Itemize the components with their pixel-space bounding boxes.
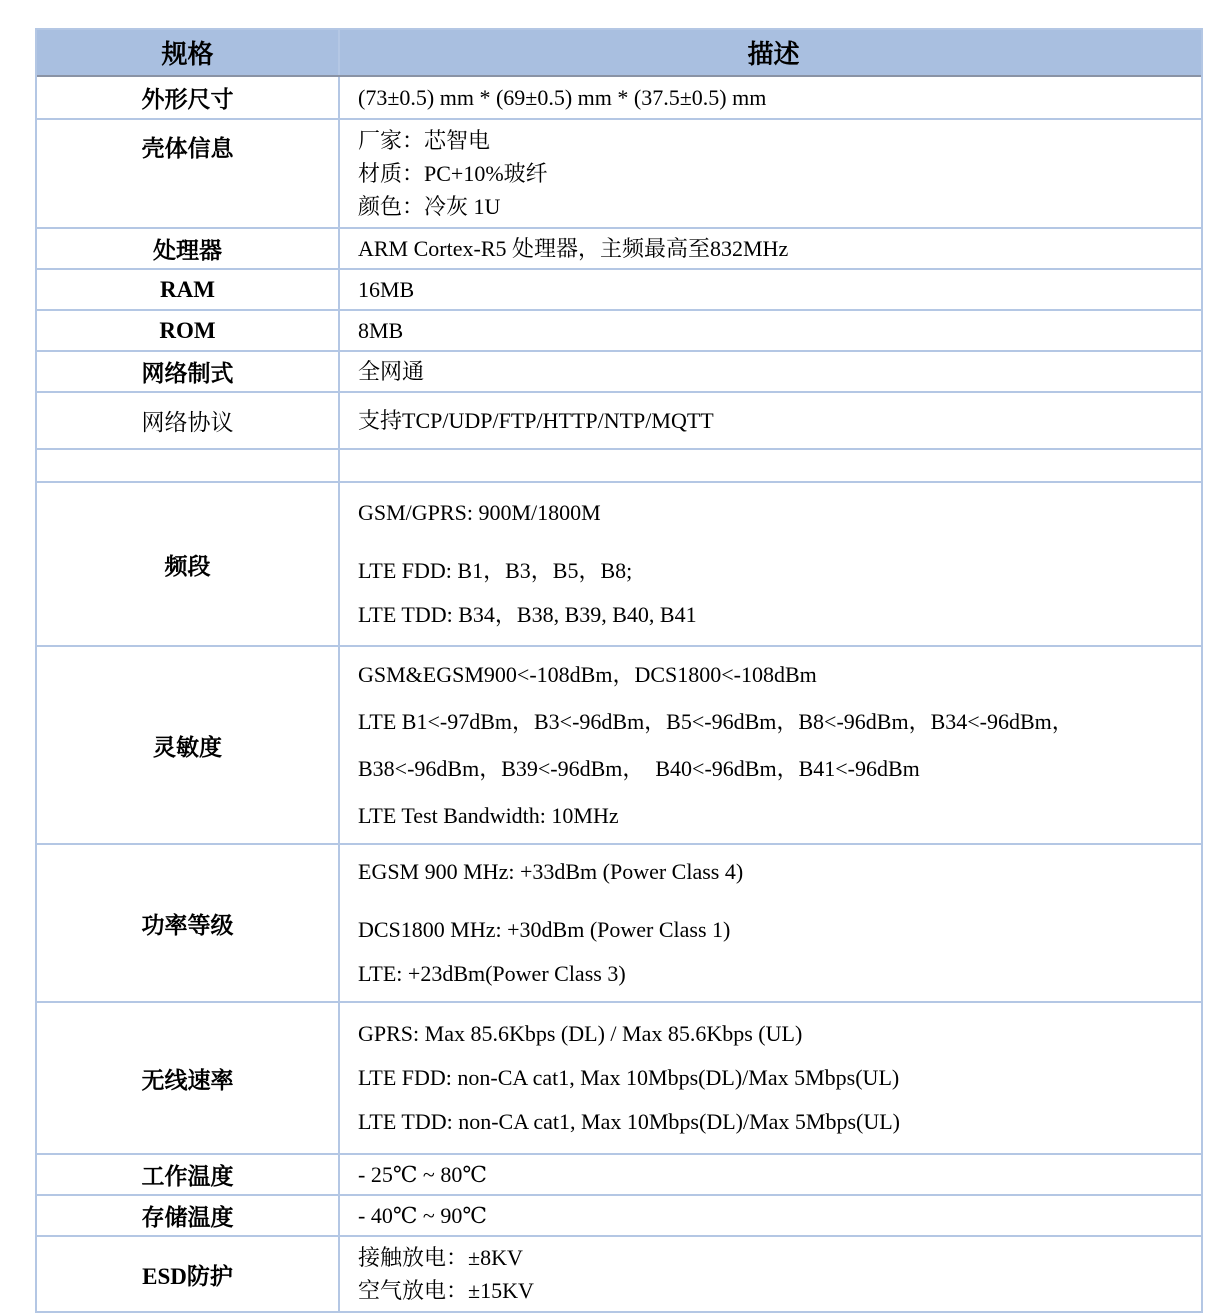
desc-line: - 40℃ ~ 90℃ bbox=[358, 1200, 1189, 1231]
spec-table: 规格 描述 外形尺寸 (73±0.5) mm * (69±0.5) mm * (… bbox=[35, 28, 1203, 1313]
desc-line: LTE TDD: B34，B38, B39, B40, B41 bbox=[358, 593, 1189, 637]
desc-line bbox=[358, 535, 1189, 549]
spec-cell: ROM bbox=[37, 311, 340, 350]
spec-cell: 灵敏度 bbox=[37, 647, 340, 843]
desc-cell: - 25℃ ~ 80℃ bbox=[340, 1155, 1201, 1194]
spec-cell: ESD防护 bbox=[37, 1237, 340, 1311]
spec-cell: 工作温度 bbox=[37, 1155, 340, 1194]
spec-cell: 壳体信息 bbox=[37, 120, 340, 227]
desc-cell: 支持TCP/UDP/FTP/HTTP/NTP/MQTT bbox=[340, 393, 1201, 448]
desc-line: (73±0.5) mm * (69±0.5) mm * (37.5±0.5) m… bbox=[358, 82, 1189, 113]
spec-cell: 无线速率 bbox=[37, 1003, 340, 1153]
desc-line: DCS1800 MHz: +30dBm (Power Class 1) bbox=[358, 908, 1189, 952]
desc-cell: 8MB bbox=[340, 311, 1201, 350]
spec-cell: RAM bbox=[37, 270, 340, 309]
desc-cell: EGSM 900 MHz: +33dBm (Power Class 4)DCS1… bbox=[340, 845, 1201, 1001]
header-desc: 描述 bbox=[340, 30, 1201, 75]
desc-line: 16MB bbox=[358, 274, 1189, 305]
desc-cell: GPRS: Max 85.6Kbps (DL) / Max 85.6Kbps (… bbox=[340, 1003, 1201, 1153]
desc-line: 8MB bbox=[358, 315, 1189, 346]
desc-line: LTE FDD: non-CA cat1, Max 10Mbps(DL)/Max… bbox=[358, 1056, 1189, 1100]
desc-cell: ARM Cortex-R5 处理器，主频最高至832MHz bbox=[340, 229, 1201, 268]
desc-line: EGSM 900 MHz: +33dBm (Power Class 4) bbox=[358, 850, 1189, 894]
table-row: 工作温度 - 25℃ ~ 80℃ bbox=[37, 1155, 1201, 1196]
table-row: 频段 GSM/GPRS: 900M/1800MLTE FDD: B1，B3，B5… bbox=[37, 483, 1201, 647]
table-row: 无线速率 GPRS: Max 85.6Kbps (DL) / Max 85.6K… bbox=[37, 1003, 1201, 1155]
table-row: 功率等级 EGSM 900 MHz: +33dBm (Power Class 4… bbox=[37, 845, 1201, 1003]
desc-line: LTE TDD: non-CA cat1, Max 10Mbps(DL)/Max… bbox=[358, 1100, 1189, 1144]
desc-line: LTE B1<-97dBm，B3<-96dBm，B5<-96dBm，B8<-96… bbox=[358, 698, 1189, 745]
desc-line: 材质：PC+10%玻纤 bbox=[358, 157, 1189, 190]
desc-line: B38<-96dBm，B39<-96dBm， B40<-96dBm，B41<-9… bbox=[358, 745, 1189, 792]
table-row: RAM 16MB bbox=[37, 270, 1201, 311]
spec-cell: 功率等级 bbox=[37, 845, 340, 1001]
desc-line: LTE Test Bandwidth: 10MHz bbox=[358, 792, 1189, 839]
desc-line: 厂家：芯智电 bbox=[358, 124, 1189, 157]
spec-cell bbox=[37, 450, 340, 481]
table-row: ESD防护 接触放电：±8KV空气放电：±15KV bbox=[37, 1237, 1201, 1311]
desc-line: 空气放电：±15KV bbox=[358, 1274, 1189, 1307]
desc-cell: 厂家：芯智电材质：PC+10%玻纤颜色：冷灰 1U bbox=[340, 120, 1201, 227]
desc-cell: (73±0.5) mm * (69±0.5) mm * (37.5±0.5) m… bbox=[340, 77, 1201, 118]
desc-line: ARM Cortex-R5 处理器，主频最高至832MHz bbox=[358, 233, 1189, 264]
table-row bbox=[37, 450, 1201, 483]
spec-cell: 网络制式 bbox=[37, 352, 340, 391]
desc-line: - 25℃ ~ 80℃ bbox=[358, 1159, 1189, 1190]
desc-line bbox=[358, 894, 1189, 908]
table-row: 网络协议 支持TCP/UDP/FTP/HTTP/NTP/MQTT bbox=[37, 393, 1201, 450]
desc-cell: 16MB bbox=[340, 270, 1201, 309]
table-row: 处理器 ARM Cortex-R5 处理器，主频最高至832MHz bbox=[37, 229, 1201, 270]
desc-line: LTE: +23dBm(Power Class 3) bbox=[358, 952, 1189, 996]
table-row: ROM 8MB bbox=[37, 311, 1201, 352]
header-spec: 规格 bbox=[37, 30, 340, 75]
desc-cell bbox=[340, 450, 1201, 481]
table-header-row: 规格 描述 bbox=[37, 30, 1201, 77]
desc-line: LTE FDD: B1，B3，B5，B8; bbox=[358, 549, 1189, 593]
table-row: 存储温度 - 40℃ ~ 90℃ bbox=[37, 1196, 1201, 1237]
table-row: 网络制式 全网通 bbox=[37, 352, 1201, 393]
desc-line: 支持TCP/UDP/FTP/HTTP/NTP/MQTT bbox=[358, 405, 1189, 436]
desc-line: 颜色：冷灰 1U bbox=[358, 190, 1189, 223]
desc-line: GSM/GPRS: 900M/1800M bbox=[358, 491, 1189, 535]
desc-cell: 全网通 bbox=[340, 352, 1201, 391]
spec-cell: 存储温度 bbox=[37, 1196, 340, 1235]
table-row: 外形尺寸 (73±0.5) mm * (69±0.5) mm * (37.5±0… bbox=[37, 77, 1201, 120]
desc-cell: GSM/GPRS: 900M/1800MLTE FDD: B1，B3，B5，B8… bbox=[340, 483, 1201, 645]
spec-cell: 网络协议 bbox=[37, 393, 340, 448]
desc-cell: 接触放电：±8KV空气放电：±15KV bbox=[340, 1237, 1201, 1311]
desc-line: 全网通 bbox=[358, 356, 1189, 387]
spec-cell: 处理器 bbox=[37, 229, 340, 268]
spec-cell: 频段 bbox=[37, 483, 340, 645]
desc-line: GPRS: Max 85.6Kbps (DL) / Max 85.6Kbps (… bbox=[358, 1012, 1189, 1056]
desc-line: GSM&EGSM900<-108dBm，DCS1800<-108dBm bbox=[358, 651, 1189, 698]
desc-cell: GSM&EGSM900<-108dBm，DCS1800<-108dBmLTE B… bbox=[340, 647, 1201, 843]
table-row: 灵敏度 GSM&EGSM900<-108dBm，DCS1800<-108dBmL… bbox=[37, 647, 1201, 845]
spec-cell: 外形尺寸 bbox=[37, 77, 340, 118]
desc-cell: - 40℃ ~ 90℃ bbox=[340, 1196, 1201, 1235]
desc-line: 接触放电：±8KV bbox=[358, 1241, 1189, 1274]
table-row: 壳体信息 厂家：芯智电材质：PC+10%玻纤颜色：冷灰 1U bbox=[37, 120, 1201, 229]
